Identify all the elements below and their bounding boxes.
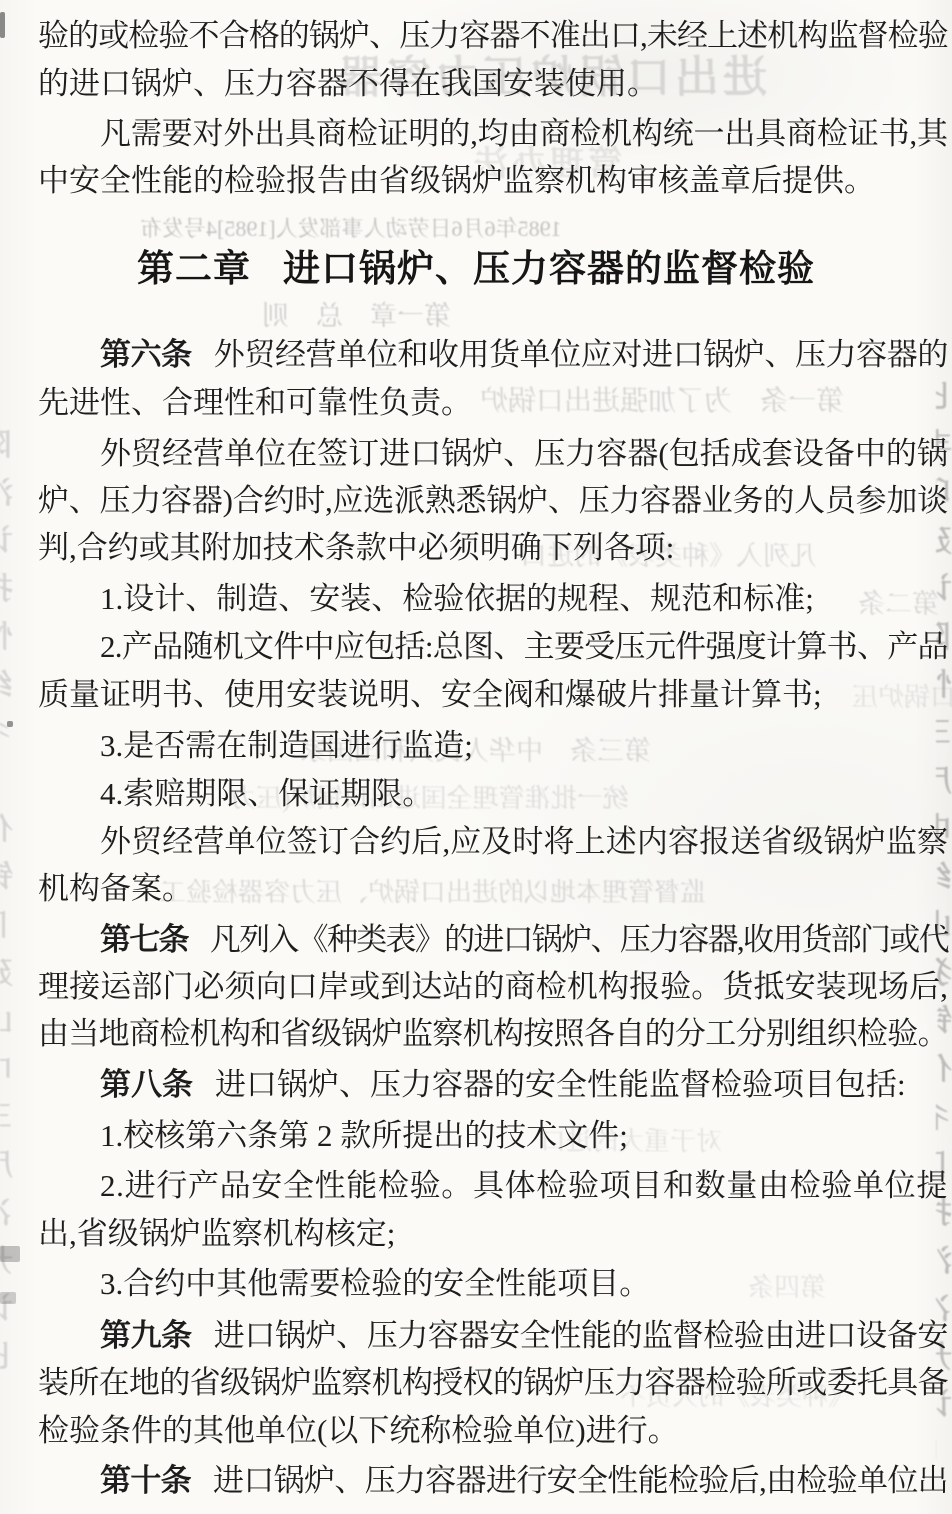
edge-glyph-fragment: 亻 [0, 806, 13, 854]
article-number: 第十条 [100, 1463, 191, 1498]
text-line: 理接运部门必须向口岸或到达站的商检机构报验。货抵安装现场后, [38, 967, 948, 1007]
bleedthrough-text: 第一条 为了加强进出口锅炉 [480, 385, 844, 419]
line-text: 2.产品随机文件中应包括:总图、主要受压元件强度计算书、产品 [100, 629, 948, 664]
line-text: 检验条件的其他单位(以下统称检验单位)进行。 [38, 1413, 679, 1448]
line-text: 出,省级锅炉监察机构核定; [38, 1216, 395, 1251]
text-line: 质量证明书、使用安装说明、安全阀和爆破片排量计算书; [38, 675, 948, 715]
edge-glyph-fragment: 彳 [936, 1094, 952, 1142]
line-text: 中安全性能的检验报告由省级锅炉监察机构审核盖章后提供。 [38, 163, 875, 198]
text-line: 2.进行产品安全性能检验。具体检验项目和数量由检验单位提 [38, 1166, 948, 1206]
text-line: 第七条凡列入《种类表》的进口锅炉、压力容器,收用货部门或代 [38, 920, 948, 960]
text-line: 验的或检验不合格的锅炉、压力容器不准出口,未经上述机构监督检验 [38, 16, 948, 56]
ink-speck [0, 1292, 16, 1304]
line-text: 3.合约中其他需要检验的安全性能项目。 [100, 1266, 650, 1301]
edge-glyph-fragment: 卩 [0, 902, 13, 950]
edge-glyph-fragment: 廾 [936, 1334, 952, 1382]
edge-glyph-fragment: 尸 [0, 1142, 13, 1190]
text-line: 第九条进口锅炉、压力容器安全性能的监督检验由进口设备安 [38, 1316, 948, 1356]
article-number: 第七条 [100, 922, 188, 957]
edge-glyph-fragment: 山 [0, 998, 13, 1046]
edge-glyph-fragment: 犭 [936, 950, 952, 998]
edge-glyph-fragment: 扌 [0, 566, 13, 614]
edge-glyph-fragment: 讠 [936, 566, 952, 614]
line-text: 1.设计、制造、安装、检验依据的规程、规范和标准; [100, 581, 814, 616]
edge-glyph-fragment: 阝 [936, 614, 952, 662]
text-line: 第十条进口锅炉、压力容器进行安全性能检验后,由检验单位出 [38, 1461, 948, 1501]
bleedthrough-text: 《种类表》的人员不 [620, 1381, 854, 1412]
bleedthrough-text: 对于重大的进口 [540, 1126, 722, 1157]
ink-speck [0, 12, 5, 38]
edge-glyph-fragment: 巾 [0, 1046, 13, 1094]
edge-glyph-fragment: 讠 [0, 518, 13, 566]
text-line: 由当地商检机构和省级锅炉监察机构按照各自的分工分别组织检验。 [38, 1014, 948, 1054]
bleedthrough-text: 统一批准管理全国进出口锅炉(压力 [230, 783, 629, 814]
edge-glyph-fragment: 阝 [0, 422, 13, 470]
text-line: 2.产品随机文件中应包括:总图、主要受压元件强度计算书、产品 [38, 627, 948, 667]
edge-glyph-fragment: 忄 [936, 662, 952, 710]
bleedthrough-text: 1985年6月6日劳动人事部发人[1985]4号发布 [140, 216, 562, 242]
edge-glyph-fragment: 卬 [936, 470, 952, 518]
bleedthrough-text: 管理办法 [470, 144, 622, 185]
bleedthrough-text: 凡列入《种类表》的进口 [520, 540, 817, 572]
edge-glyph-fragment: 纟 [936, 854, 952, 902]
edge-glyph-fragment: 纟 [0, 662, 13, 710]
article-number: 第九条 [100, 1318, 192, 1353]
edge-glyph-fragment: 冫 [936, 1286, 952, 1334]
edge-glyph-fragment: 刂 [936, 326, 952, 374]
chapter-title: 进口锅炉、压力容器的监督检验 [283, 249, 815, 290]
article-number: 第六条 [100, 337, 192, 372]
line-text: 由当地商检机构和省级锅炉监察机构按照各自的分工分别组织检验。 [38, 1016, 948, 1051]
text-line: 出,省级锅炉监察机构核定; [38, 1214, 948, 1254]
text-line: 炉、压力容器)合约时,应选派熟悉锅炉、压力容器业务的人员参加谈 [38, 481, 948, 521]
edge-glyph-fragment: 冫 [0, 1190, 13, 1238]
edge-glyph-fragment: 彳 [0, 710, 13, 758]
edge-glyph-fragment: 丰 [936, 422, 952, 470]
line-text: 理接运部门必须向口岸或到达站的商检机构报验。货抵安装现场后, [38, 969, 948, 1004]
edge-glyph-fragment: 尸 [936, 758, 952, 806]
text-line: 第八条进口锅炉、压力容器的安全性能监督检验项目包括: [38, 1065, 948, 1105]
edge-glyph-fragment: 讠 [936, 1382, 952, 1430]
edge-glyph-fragment: 廴 [0, 950, 13, 998]
bleedthrough-text: 第一章 总 则 [262, 300, 451, 332]
edge-glyph-fragment: 巾 [936, 806, 952, 854]
text-line: 1.校核第六条第 2 款所提出的技术文件; [38, 1116, 948, 1156]
line-text: 验的或检验不合格的锅炉、压力容器不准出口,未经上述机构监督检验 [38, 18, 948, 53]
chapter-number: 第二章 [137, 249, 251, 290]
edge-glyph-fragment: 氵 [0, 470, 13, 518]
right-edge-bleed-column: 刂匕丰卬廴讠阝忄彐尸巾纟山犭钅亻彳卩扌氵冫廾讠刂 [936, 326, 952, 1478]
article-number: 第八条 [100, 1067, 193, 1102]
line-text: 外贸经营单位签订合约后,应及时将上述内容报送省级锅炉监察 [100, 824, 948, 859]
edge-glyph-fragment: 忄 [0, 614, 13, 662]
edge-glyph-fragment: 刂 [0, 758, 13, 806]
edge-glyph-fragment: 亻 [936, 1046, 952, 1094]
edge-glyph-fragment: 匕 [936, 374, 952, 422]
bleedthrough-text: 进出口锅炉压力容器 [335, 52, 767, 105]
edge-glyph-fragment: 钅 [936, 998, 952, 1046]
scanned-document-page: 第二章进口锅炉、压力容器的监督检验 验的或检验不合格的锅炉、压力容器不准出口,未… [0, 0, 952, 1514]
line-text: 先进性、合理性和可靠性负责。 [38, 385, 472, 420]
line-text: 外贸经营单位和收用货单位应对进口锅炉、压力容器的 [214, 337, 948, 372]
edge-glyph-fragment: 彐 [936, 710, 952, 758]
line-text: 炉、压力容器)合约时,应选派熟悉锅炉、压力容器业务的人员参加谈 [38, 483, 948, 518]
bleedthrough-text: 监督管理本地以的进出口锅炉、压力容器检验工 [160, 877, 706, 908]
edge-glyph-fragment: 山 [936, 902, 952, 950]
text-line: 第六条外贸经营单位和收用货单位应对进口锅炉、压力容器的 [38, 335, 948, 375]
line-text: 质量证明书、使用安装说明、安全阀和爆破片排量计算书; [38, 677, 822, 712]
bleedthrough-text: 第二条 [858, 588, 939, 620]
edge-glyph-fragment: 刂 [936, 1430, 952, 1478]
edge-glyph-fragment: 匕 [0, 1334, 13, 1382]
text-line: 1.设计、制造、安装、检验依据的规程、规范和标准; [38, 579, 948, 619]
bleedthrough-text: 第四条 [748, 1272, 826, 1303]
line-text: 进口锅炉、压力容器安全性能的监督检验由进口设备安 [214, 1318, 948, 1353]
left-edge-bleed-column: 阝氵讠扌忄纟彳刂亻钅卩廴山巾彐尸冫廾讠匕 [0, 422, 13, 1382]
bleedthrough-text: 第三条 中华人民共和国国家 [300, 735, 651, 767]
chapter-heading: 第二章进口锅炉、压力容器的监督检验 [0, 246, 952, 294]
ink-speck [0, 1246, 20, 1262]
edge-glyph-fragment: 卩 [936, 1142, 952, 1190]
edge-glyph-fragment: 钅 [0, 854, 13, 902]
edge-glyph-fragment: 扌 [936, 1190, 952, 1238]
line-text: 2.进行产品安全性能检验。具体检验项目和数量由检验单位提 [100, 1168, 948, 1203]
text-line: 检验条件的其他单位(以下统称检验单位)进行。 [38, 1411, 948, 1451]
text-line: 外贸经营单位签订合约后,应及时将上述内容报送省级锅炉监察 [38, 822, 948, 862]
edge-glyph-fragment: 彐 [0, 1094, 13, 1142]
line-text: 外贸经营单位在签订进口锅炉、压力容器(包括成套设备中的锅 [100, 436, 948, 471]
edge-glyph-fragment: 廴 [936, 518, 952, 566]
line-text: 进口锅炉、压力容器进行安全性能检验后,由检验单位出 [213, 1463, 948, 1498]
line-text: 凡列入《种类表》的进口锅炉、压力容器,收用货部门或代 [210, 922, 948, 957]
text-line: 外贸经营单位在签订进口锅炉、压力容器(包括成套设备中的锅 [38, 434, 948, 474]
ink-speck [7, 721, 13, 727]
edge-glyph-fragment: 氵 [936, 1238, 952, 1286]
line-text: 进口锅炉、压力容器的安全性能监督检验项目包括: [215, 1067, 906, 1102]
